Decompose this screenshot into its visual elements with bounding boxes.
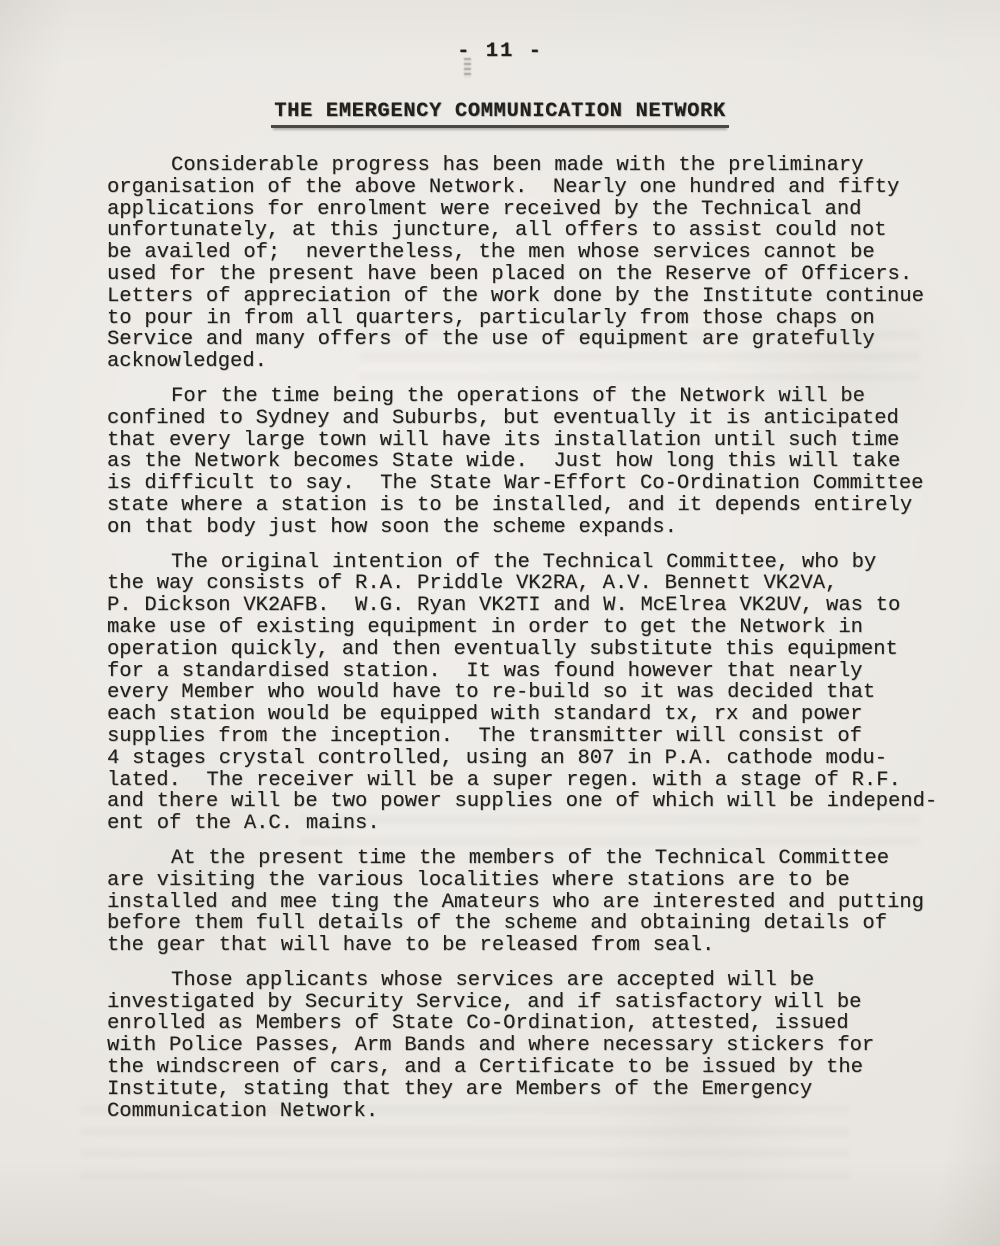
- scanned-document-page: - 11 - THE EMERGENCY COMMUNICATION NETWO…: [0, 0, 1000, 1246]
- ink-smudge: [464, 58, 471, 78]
- paragraph-visits: At the present time the members of the T…: [107, 848, 955, 957]
- document-title: THE EMERGENCY COMMUNICATION NETWORK: [271, 100, 729, 128]
- paragraph-technical-committee: The original intention of the Technical …: [107, 552, 955, 835]
- document-body: Considerable progress has been made with…: [107, 155, 955, 1135]
- document-title-row: THE EMERGENCY COMMUNICATION NETWORK: [0, 100, 1000, 128]
- paragraph-progress: Considerable progress has been made with…: [107, 155, 955, 373]
- paragraph-operations: For the time being the operations of the…: [107, 386, 955, 539]
- page-number: - 11 -: [0, 40, 1000, 63]
- paragraph-applicants: Those applicants whose services are acce…: [107, 970, 955, 1123]
